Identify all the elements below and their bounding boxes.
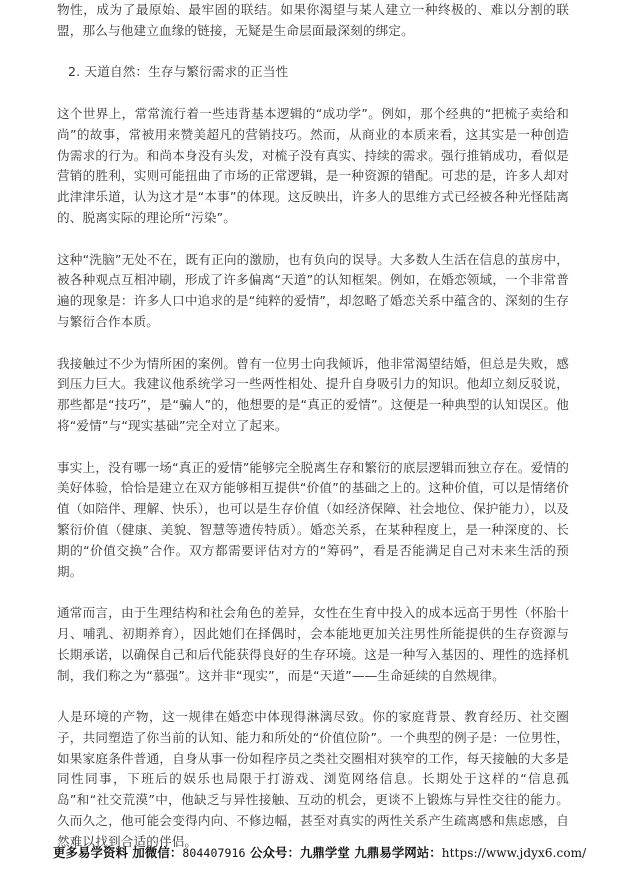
continuation-paragraph: 物性，成为了最原始、最牢固的联结。如果你渴望与某人建立一种终极的、难以分割的联盟… bbox=[57, 0, 569, 42]
paragraph-case-study: 我接触过不少为情所困的案例。曾有一位男士向我倾诉，他非常渴望结婚，但总是失败，感… bbox=[57, 354, 569, 437]
footer-wechat-label: 加微信： bbox=[132, 845, 182, 860]
footer-site-url[interactable]: https://www.jdyx6.com/ bbox=[442, 846, 587, 860]
footer-banner: 更多易学资料 加微信：804407916 公众号：九鼎学堂 九鼎易学网站：htt… bbox=[53, 843, 586, 861]
footer-more-label: 更多易学资料 bbox=[53, 845, 128, 860]
footer-site-label: 九鼎易学网站： bbox=[354, 845, 441, 860]
section-heading: 2. 天道自然：生存与繁衍需求的正当性 bbox=[68, 62, 569, 83]
paragraph-mate-selection: 通常而言，由于生理结构和社会角色的差异，女性在生育中投入的成本远高于男性（怀胎十… bbox=[57, 603, 569, 686]
footer-official-account: 公众号：九鼎学堂 bbox=[250, 845, 350, 860]
paragraph-brainwashing: 这种“洗脑”无处不在，既有正向的激励，也有负向的误导。大多数人生活在信息的茧房中… bbox=[57, 250, 569, 333]
paragraph-value-exchange: 事实上，没有哪一场“真正的爱情”能够完全脱离生存和繁衍的底层逻辑而独立存在。爱情… bbox=[57, 458, 569, 583]
footer-wechat-id: 804407916 bbox=[182, 846, 245, 860]
paragraph-success-theory: 这个世界上，常常流行着一些违背基本逻辑的“成功学”。例如，那个经典的“把梳子卖给… bbox=[57, 104, 569, 229]
paragraph-environment: 人是环境的产物，这一规律在婚恋中体现得淋漓尽致。你的家庭背景、教育经历、社交圈子… bbox=[57, 707, 569, 853]
document-page: 物性，成为了最原始、最牢固的联结。如果你渴望与某人建立一种终极的、难以分割的联盟… bbox=[57, 0, 569, 853]
